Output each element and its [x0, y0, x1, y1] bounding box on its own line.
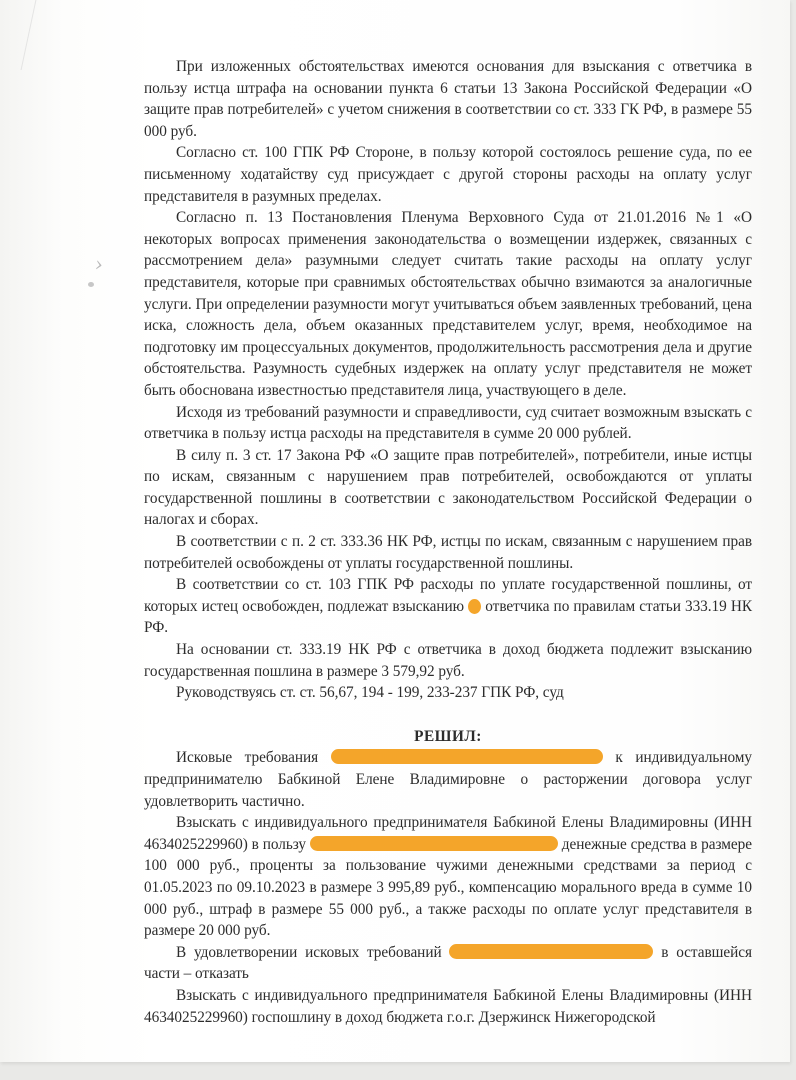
paragraph-tax-code-exemption: В соответствии с п. 2 ст. 333.36 НК РФ, …	[144, 531, 752, 574]
paragraph-plenum-resolution: Согласно п. 13 Постановления Пленума Вер…	[144, 207, 752, 401]
redaction-plaintiff-name-inn	[310, 836, 558, 851]
paragraph-fine-basis: При изложенных обстоятельствах имеются о…	[144, 56, 752, 142]
document-page: › При изложенных обстоятельствах имеются…	[0, 0, 790, 1062]
paragraph-representative-costs: Согласно ст. 100 ГПК РФ Стороне, в польз…	[144, 142, 752, 207]
margin-ink-dot	[88, 282, 94, 287]
margin-pen-mark: ›	[93, 252, 104, 277]
redaction-plaintiff-name	[331, 749, 603, 764]
page-fold-shadow	[21, 0, 47, 70]
paragraph-guided-by: Руководствуясь ст. ст. 56,67, 194 - 199,…	[144, 682, 752, 704]
decision-heading: РЕШИЛ:	[144, 726, 752, 748]
decision-state-duty: Взыскать с индивидуального предпринимате…	[144, 985, 752, 1028]
redaction-plaintiff-name	[449, 944, 653, 959]
paragraph-consumer-law-exemption: В силу п. 3 ст. 17 Закона РФ «О защите п…	[144, 445, 752, 531]
decision-remaining-denied: В удовлетворении исковых требований в ос…	[144, 942, 752, 985]
redaction-mark	[468, 599, 481, 614]
decision-recover-sums: Взыскать с индивидуального предпринимате…	[144, 812, 752, 942]
decision-claims-partially-granted: Исковые требования к индивидуальному пре…	[144, 747, 752, 812]
paragraph-text-before: В удовлетворении исковых требований	[176, 944, 449, 961]
document-body: При изложенных обстоятельствах имеются о…	[144, 56, 752, 1028]
paragraph-text-before: Исковые требования	[176, 749, 331, 766]
paragraph-state-duty-amount: На основании ст. 333.19 НК РФ с ответчик…	[144, 639, 752, 682]
paragraph-reasonableness: Исходя из требований разумности и справе…	[144, 402, 752, 445]
paragraph-duty-recovery: В соответствии со ст. 103 ГПК РФ расходы…	[144, 574, 752, 639]
